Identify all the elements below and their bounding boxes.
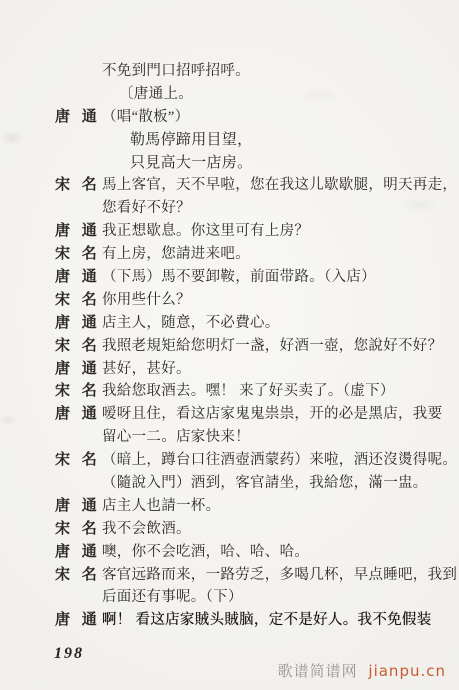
script-line: 不免到門口招呼招呼。	[0, 58, 459, 81]
watermark-site-url: jianpu.cn	[368, 662, 446, 680]
dialogue-text: （唱“散板”）	[102, 105, 189, 126]
dialogue-text: 不免到門口招呼招呼。	[102, 59, 250, 80]
script-line: 唐 通（下馬）馬不要卸鞍，前面带路。（入店）	[0, 264, 459, 287]
script-line: 宋 名有上房，您請进来吧。	[0, 241, 459, 264]
script-line: 唐 通（唱“散板”）	[0, 104, 459, 127]
dialogue-text: 店主人，随意，不必費心。	[102, 311, 280, 332]
script-line: 宋 名我給您取酒去。嘿！ 来了好买卖了。（虚下）	[0, 378, 459, 401]
script-line: 只見高大一店房。	[0, 150, 459, 173]
script-line: 宋 名馬上客官，天不早啦，您在我这儿歇歇腿，明天再走，	[0, 172, 459, 195]
script-line: 宋 名你用些什么？	[0, 287, 459, 310]
script-line: 〔唐通上。	[0, 81, 459, 104]
script-line: （隨說入門）酒到，客官請坐，我給您，滿一盅。	[0, 470, 459, 493]
script-line: 宋 名我照老規矩給您明灯一盏，好酒一壺，您說好不好？	[0, 333, 459, 356]
dialogue-text: （隨說入門）酒到，客官請坐，我給您，滿一盅。	[102, 471, 428, 492]
script-lines: 不免到門口招呼招呼。〔唐通上。唐 通（唱“散板”）勒馬停蹄用目望，只見高大一店房…	[0, 58, 459, 630]
script-line: 后面还有事呢。（下）	[0, 584, 459, 607]
dialogue-text: 客官远路而来，一路劳乏，多喝几杯，早点睡吧，我到	[102, 563, 457, 584]
speaker-name: 宋 名	[55, 334, 102, 355]
dialogue-text: 噢，你不会吃酒，哈、哈、哈。	[102, 540, 309, 561]
speaker-name: 唐 通	[55, 219, 102, 240]
script-line: 唐 通噢，你不会吃酒，哈、哈、哈。	[0, 539, 459, 562]
dialogue-text: 我正想歇息。你这里可有上房？	[102, 219, 309, 240]
script-line: 宋 名客官远路而来，一路劳乏，多喝几杯，早点睡吧，我到	[0, 562, 459, 585]
dialogue-text: 后面还有事呢。（下）	[102, 585, 243, 606]
speaker-name: 宋 名	[55, 563, 102, 584]
speaker-name: 宋 名	[55, 242, 102, 263]
dialogue-text: 店主人也請一杯。	[102, 494, 220, 515]
script-line: 宋 名我不会飲酒。	[0, 516, 459, 539]
dialogue-text: 我不会飲酒。	[102, 517, 191, 538]
stage-direction: 〔唐通上。	[119, 82, 193, 103]
dialogue-text: （暗上，蹲台口往酒壺洒蒙药）来啦，酒还沒燙得呢。	[102, 448, 457, 469]
script-line: 唐 通我正想歇息。你这里可有上房？	[0, 218, 459, 241]
speaker-name: 宋 名	[55, 448, 102, 469]
speaker-name: 宋 名	[55, 173, 102, 194]
speaker-name: 唐 通	[55, 494, 102, 515]
dialogue-text: （下馬）馬不要卸鞍，前面带路。（入店）	[102, 265, 376, 286]
dialogue-text: 您看好不好？	[102, 196, 191, 217]
dialogue-text: 啊！ 看这店家賊头賊脑，定不是好人。我不免假装	[102, 608, 432, 629]
dialogue-text: 有上房，您請进来吧。	[102, 242, 250, 263]
speaker-name: 唐 通	[55, 540, 102, 561]
speaker-name: 唐 通	[55, 265, 102, 286]
dialogue-text: 你用些什么？	[102, 288, 191, 309]
script-line: 留心一二。店家快来！	[0, 424, 459, 447]
speaker-name: 唐 通	[55, 105, 102, 126]
speaker-name: 宋 名	[55, 288, 102, 309]
watermark-site-name: 歌谱简谱网	[278, 662, 358, 680]
lyric-line: 只見高大一店房。	[130, 151, 252, 172]
script-line: 唐 通店主人也請一杯。	[0, 493, 459, 516]
dialogue-text: 我給您取酒去。嘿！ 来了好买卖了。（虚下）	[102, 379, 395, 400]
speaker-name: 唐 通	[55, 311, 102, 332]
dialogue-text: 馬上客官，天不早啦，您在我这儿歇歇腿，明天再走，	[102, 173, 457, 194]
speaker-name: 宋 名	[55, 379, 102, 400]
dialogue-text: 甚好，甚好。	[102, 357, 191, 378]
lyric-line: 勒馬停蹄用目望，	[130, 128, 252, 149]
script-line: 宋 名（暗上，蹲台口往酒壺洒蒙药）来啦，酒还沒燙得呢。	[0, 447, 459, 470]
watermark: 歌谱简谱网 jianpu.cn	[278, 660, 446, 681]
script-line: 唐 通嗳呀且住，看这店家鬼鬼祟祟，开的必是黑店，我要	[0, 401, 459, 424]
speaker-name: 唐 通	[55, 608, 102, 629]
script-line: 您看好不好？	[0, 195, 459, 218]
speaker-name: 唐 通	[55, 357, 102, 378]
speaker-name: 宋 名	[55, 517, 102, 538]
speaker-name: 唐 通	[55, 402, 102, 423]
script-line: 唐 通店主人，随意，不必費心。	[0, 310, 459, 333]
dialogue-text: 嗳呀且住，看这店家鬼鬼祟祟，开的必是黑店，我要	[102, 402, 442, 423]
script-line: 唐 通甚好，甚好。	[0, 356, 459, 379]
script-line: 勒馬停蹄用目望，	[0, 127, 459, 150]
script-line: 唐 通啊！ 看这店家賊头賊脑，定不是好人。我不免假装	[0, 607, 459, 630]
dialogue-text: 留心一二。店家快来！	[102, 425, 250, 446]
page-number: 198	[54, 645, 84, 663]
dialogue-text: 我照老規矩給您明灯一盏，好酒一壺，您說好不好？	[102, 334, 442, 355]
